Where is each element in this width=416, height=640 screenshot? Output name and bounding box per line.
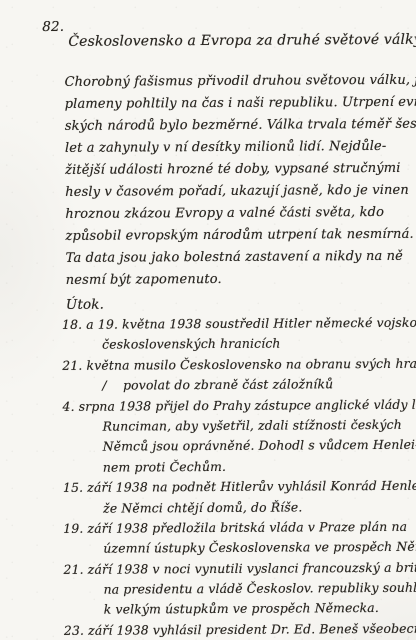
paragraph-line: způsobil evropským národům utrpení tak n…	[65, 224, 415, 248]
paragraph-line: nesmí být zapomenuto.	[66, 268, 416, 292]
intro-paragraph: Chorobný fašismus přivodil druhou světov…	[64, 70, 415, 292]
paragraph-line: ských národů bylo bezměrné. Válka trvala…	[65, 114, 415, 138]
chronology-entry: 4. srpna 1938 přijel do Prahy zástupce a…	[62, 394, 416, 478]
entry-continuation-line: Němců jsou oprávněné. Dohodl s vůdcem He…	[63, 435, 416, 458]
chronology-entry: 21. září 1938 v noci vynutili vyslanci f…	[63, 557, 416, 620]
entry-date-line: 21. května musilo Československo na obra…	[62, 354, 416, 377]
entry-continuation-line: nem proti Čechům.	[63, 455, 416, 478]
entry-continuation-line: Runciman, aby vyšetřil, zdali stížnosti …	[63, 415, 416, 438]
paragraph-line: hroznou zkázou Evropy a valné části svět…	[65, 202, 415, 226]
entry-date-line: 23. září 1938 vyhlásil president Dr. Ed.…	[64, 619, 416, 640]
chronology-entry: 15. září 1938 na podnět Hitlerův vyhlási…	[63, 476, 416, 519]
paragraph-line: Chorobný fašismus přivodil druhou světov…	[64, 70, 414, 94]
entry-continuation-line: že Němci chtějí domů, do Říše.	[63, 496, 416, 519]
page-number: 82.	[42, 19, 64, 35]
entry-continuation-line: územní ústupky Československa ve prospěc…	[63, 537, 416, 560]
document-title: Československo a Evropa za druhé světové…	[68, 32, 408, 50]
chronology-entry: 23. září 1938 vyhlásil president Dr. Ed.…	[64, 619, 416, 640]
scanned-page: 82. Československo a Evropa za druhé svě…	[0, 0, 416, 640]
section-heading: Útok.	[66, 297, 104, 313]
entry-continuation-line: / povolat do zbraně část záložníků	[62, 374, 416, 397]
paragraph-line: Ta data jsou jako bolestná zastavení a n…	[66, 246, 416, 270]
entry-date-line: 4. srpna 1938 přijel do Prahy zástupce a…	[62, 394, 416, 417]
paragraph-line: hesly v časovém pořadí, ukazují jasně, k…	[65, 180, 415, 204]
chronology-entries: 18. a 19. května 1938 soustředil Hitler …	[62, 313, 416, 640]
paragraph-line: žitější události hrozné té doby, vypsané…	[65, 158, 415, 182]
chronology-entry: 19. září 1938 předložila britská vláda v…	[63, 517, 416, 560]
entry-date-line: 18. a 19. května 1938 soustředil Hitler …	[62, 313, 416, 336]
chronology-entry: 21. května musilo Československo na obra…	[62, 354, 416, 397]
entry-date-line: 15. září 1938 na podnět Hitlerův vyhlási…	[63, 476, 416, 499]
paragraph-line: let a zahynuly v ní desítky milionů lidí…	[65, 136, 415, 160]
entry-date-line: 21. září 1938 v noci vynutili vyslanci f…	[63, 557, 416, 580]
entry-date-line: 19. září 1938 předložila britská vláda v…	[63, 517, 416, 540]
chronology-entry: 18. a 19. května 1938 soustředil Hitler …	[62, 313, 416, 356]
paragraph-line: plameny pohltily na čas i naši republiku…	[65, 92, 415, 116]
entry-continuation-line: československých hranicích	[62, 333, 416, 356]
entry-continuation-line: k velkým ústupkům ve prospěch Německa.	[64, 598, 416, 621]
entry-continuation-line: na presidentu a vládě Českoslov. republi…	[64, 578, 416, 601]
